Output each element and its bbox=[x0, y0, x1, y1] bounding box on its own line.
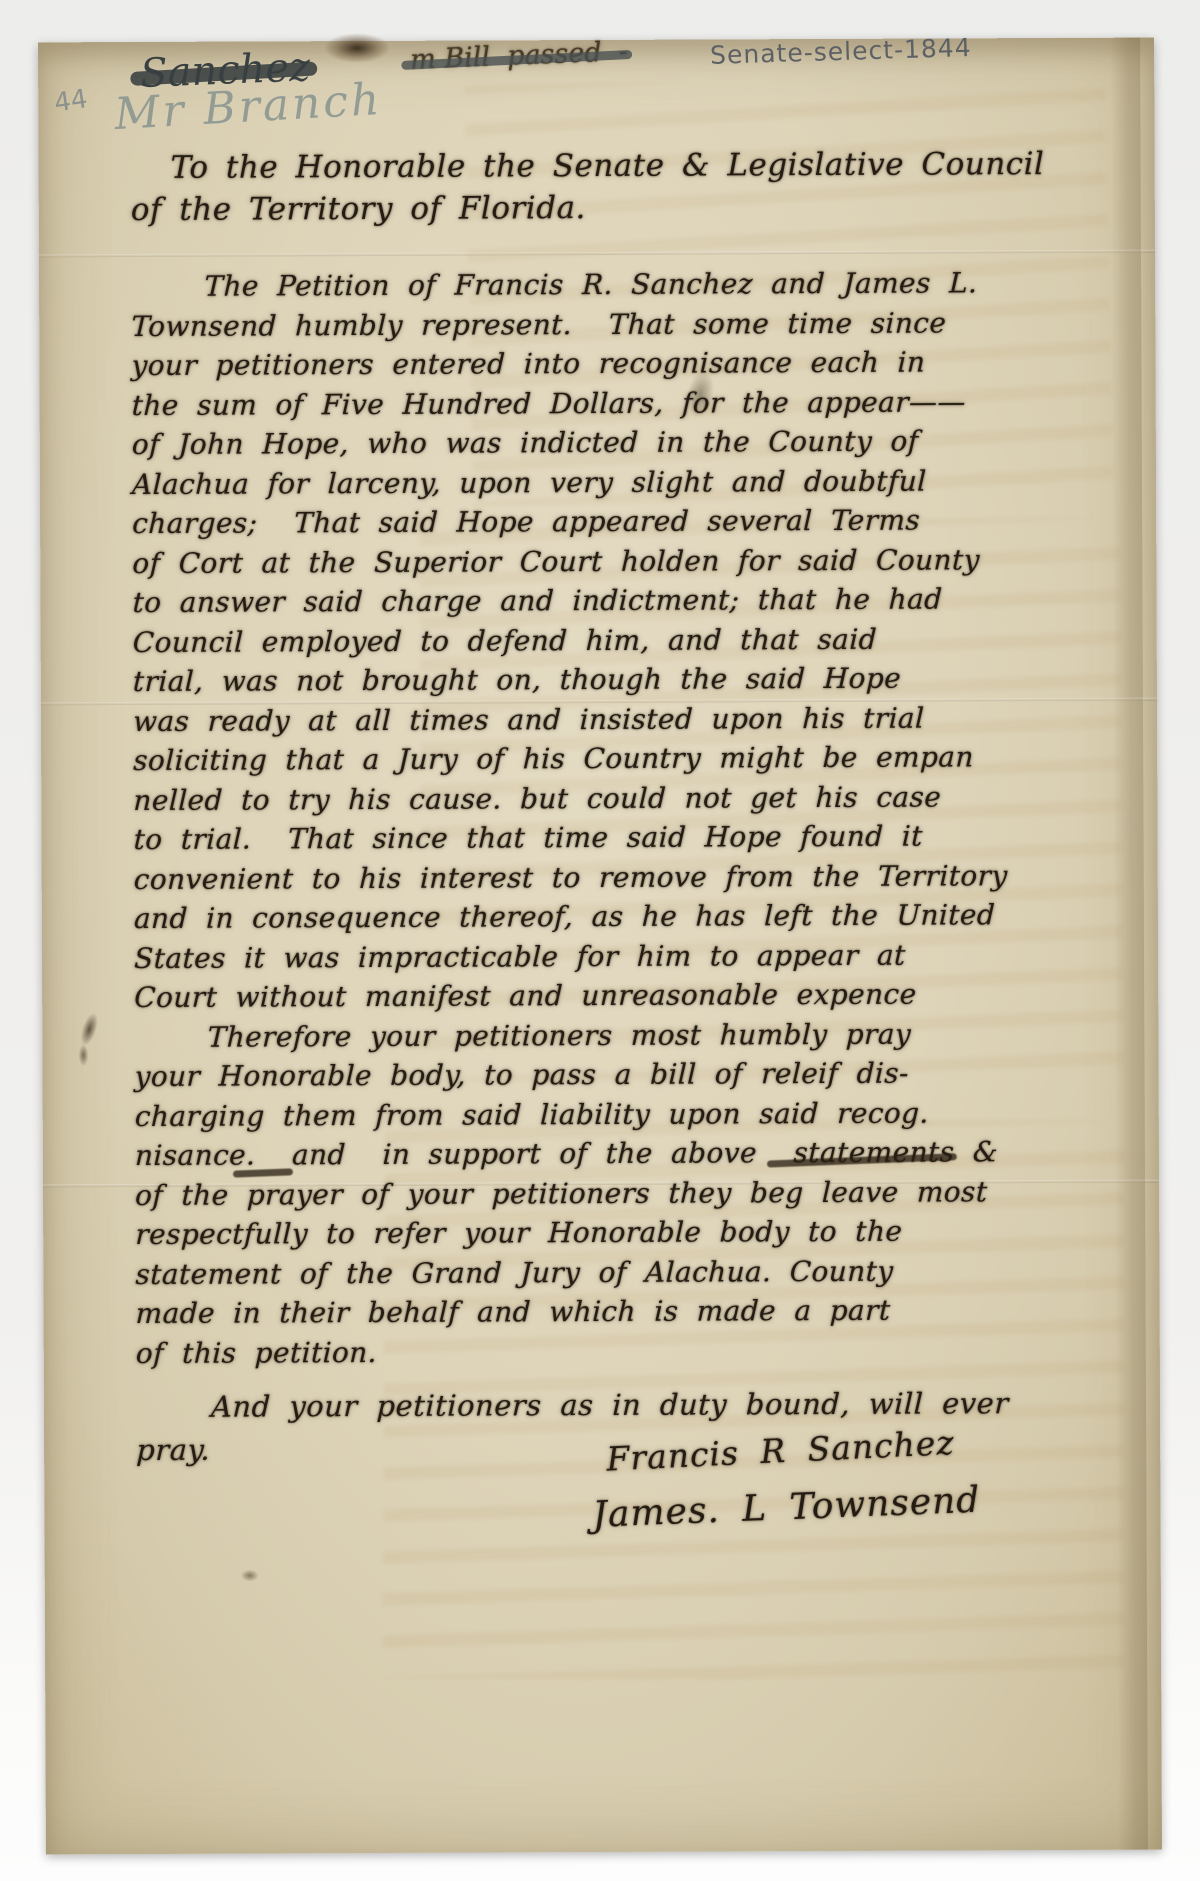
body-line: your Honorable body, to pass a bill of r… bbox=[134, 1056, 1125, 1100]
scanned-document: 44 Sanchez m Bill passed - Senate-select… bbox=[0, 0, 1200, 1881]
struck-clerk-note: m Bill passed - bbox=[410, 36, 629, 76]
body-line: to answer said charge and indictment; th… bbox=[132, 582, 1123, 626]
body-line: statement of the Grand Jury of Alachua. … bbox=[135, 1253, 1126, 1297]
body-line: the sum of Five Hundred Dollars, for the… bbox=[131, 384, 1122, 428]
salutation-line: of the Territory of Florida. bbox=[131, 190, 586, 228]
body-line: was ready at all times and insisted upon… bbox=[132, 700, 1123, 744]
ink-stain bbox=[78, 1044, 88, 1066]
ink-stain bbox=[78, 1011, 102, 1048]
body-line: States it was impracticable for him to a… bbox=[133, 937, 1124, 981]
page-number: 44 bbox=[52, 84, 89, 118]
body-line: Townsend humbly represent. That some tim… bbox=[131, 305, 1122, 349]
body-line: trial, was not brought on, though the sa… bbox=[132, 661, 1123, 705]
body-line: Therefore your petitioners most humbly p… bbox=[134, 1016, 1125, 1060]
body-line: respectfully to refer your Honorable bod… bbox=[135, 1214, 1126, 1258]
salutation-line: To the Honorable the Senate & Legislativ… bbox=[171, 146, 1045, 186]
body-line: charges; That said Hope appeared several… bbox=[132, 503, 1123, 547]
body-line: your petitioners entered into recognisan… bbox=[131, 345, 1122, 389]
signature-james-townsend: James. L Townsend bbox=[592, 1480, 981, 1536]
catalog-label: Senate-select-1844 bbox=[710, 33, 972, 70]
body-line: Council employed to defend him, and that… bbox=[132, 621, 1123, 665]
body-line: charging them from said liability upon s… bbox=[134, 1095, 1125, 1139]
body-line: The Petition of Francis R. Sanchez and J… bbox=[131, 266, 1122, 310]
body-line: of John Hope, who was indicted in the Co… bbox=[131, 424, 1122, 468]
body-line: of Cort at the Superior Court holden for… bbox=[132, 542, 1123, 586]
body-line: of the prayer of your petitioners they b… bbox=[134, 1174, 1125, 1218]
body-line: Court without manifest and unreasonable … bbox=[134, 977, 1125, 1021]
body-line: Alachua for larceny, upon very slight an… bbox=[131, 463, 1122, 507]
ink-stain bbox=[241, 1569, 259, 1581]
salutation: To the Honorable the Senate & Legislativ… bbox=[39, 146, 1155, 227]
paper-crease bbox=[39, 250, 1155, 258]
petition-body: The Petition of Francis R. Sanchez and J… bbox=[131, 266, 1126, 1376]
body-line: made in their behalf and which is made a… bbox=[135, 1293, 1126, 1337]
body-line: and in consequence thereof, as he has le… bbox=[133, 898, 1124, 942]
body-line: convenient to his interest to remove fro… bbox=[133, 858, 1124, 902]
body-line: of this petition. bbox=[135, 1332, 1126, 1376]
ink-stain bbox=[324, 33, 390, 63]
body-line: soliciting that a Jury of his Country mi… bbox=[133, 740, 1124, 784]
petition-page: 44 Sanchez m Bill passed - Senate-select… bbox=[38, 38, 1162, 1855]
body-line: nelled to try his cause. but could not g… bbox=[133, 779, 1124, 823]
body-line: to trial. That since that time said Hope… bbox=[133, 819, 1124, 863]
